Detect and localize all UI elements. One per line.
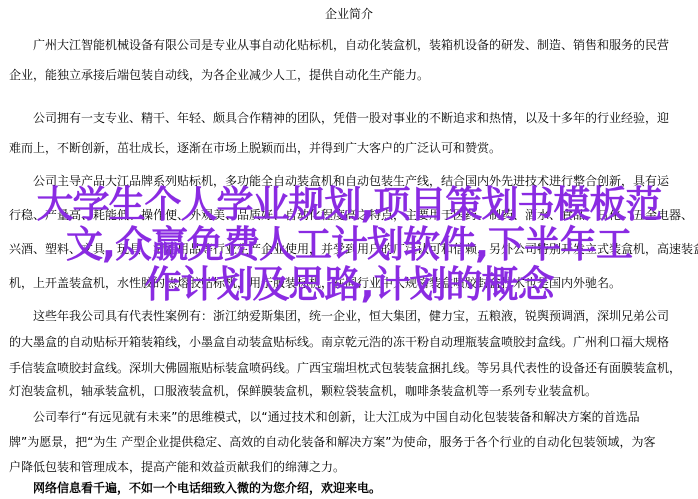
paragraph-line: 难而上，不断创新，茁壮成长，逐渐在市场上脱颖而出，并得到广大客户的广泛认可和赞赏… [9, 140, 501, 156]
overlay-line: 文,众赢免费人工计划软件,下半年工 [0, 225, 698, 265]
paragraph-line: 灯泡装盒机，轴承装盒机，口服液装盒机，保鲜膜装盒机，颗粒袋装盒机，咖啡条装盒机等… [9, 383, 597, 399]
paragraph-line: 的大墨盒的自动贴标开箱装箱线，小墨盒自动装盒贴标线。南京乾元浩的冻干粉自动理瓶装… [9, 334, 669, 350]
overlay-line: 大学生个人学业规划,项目策划书模板范 [0, 185, 698, 225]
paragraph-line: 广州大江智能机械设备有限公司是专业从事自动化贴标机，自动化装盒机，装箱机设备的研… [33, 37, 669, 53]
paragraph-line: 手信装盒喷胶封盒线。深圳大佛圆瓶贴标装盒喷码线。广西宝瑞坦枕式包装装盒捆扎线。等… [9, 360, 681, 376]
document-title: 企业简介 [0, 6, 698, 22]
paragraph-line: 公司拥有一支专业、精干、年轻、颇具合作精神的团队，凭借一股对事业的不断追求和热情… [33, 110, 669, 126]
paragraph-line: 牌”为愿景，把“为生 产型企业提供稳定、高效的自动化装备和解决方案”为使命，服务… [9, 434, 655, 450]
paragraph-line: 公司奉行“有远见就有未来”的思维模式，以“通过技术和创新，让大江成为中国自动化包… [33, 409, 640, 425]
paragraph-line: 企业，能独立承接后端包装自动线，为各企业减少人工，提供自动化生产能力。 [9, 67, 429, 83]
overlay-headline: 大学生个人学业规划,项目策划书模板范 文,众赢免费人工计划软件,下半年工 作计划… [0, 185, 698, 305]
overlay-line: 作计划及思路,计划的概念 [0, 265, 698, 305]
closing-line: 网络信息看千遍，不如一个电话细致入微的为您介绍，欢迎来电。 [33, 480, 381, 496]
paragraph-line: 户降低包装和管理成本，提高产能和效益贡献我们的绵薄之力。 [9, 459, 345, 475]
paragraph-line: 这些年我公司具有代表性案例有：浙江纳爱斯集团，统一企业，恒大集团，健力宝，五粮液… [33, 308, 669, 324]
